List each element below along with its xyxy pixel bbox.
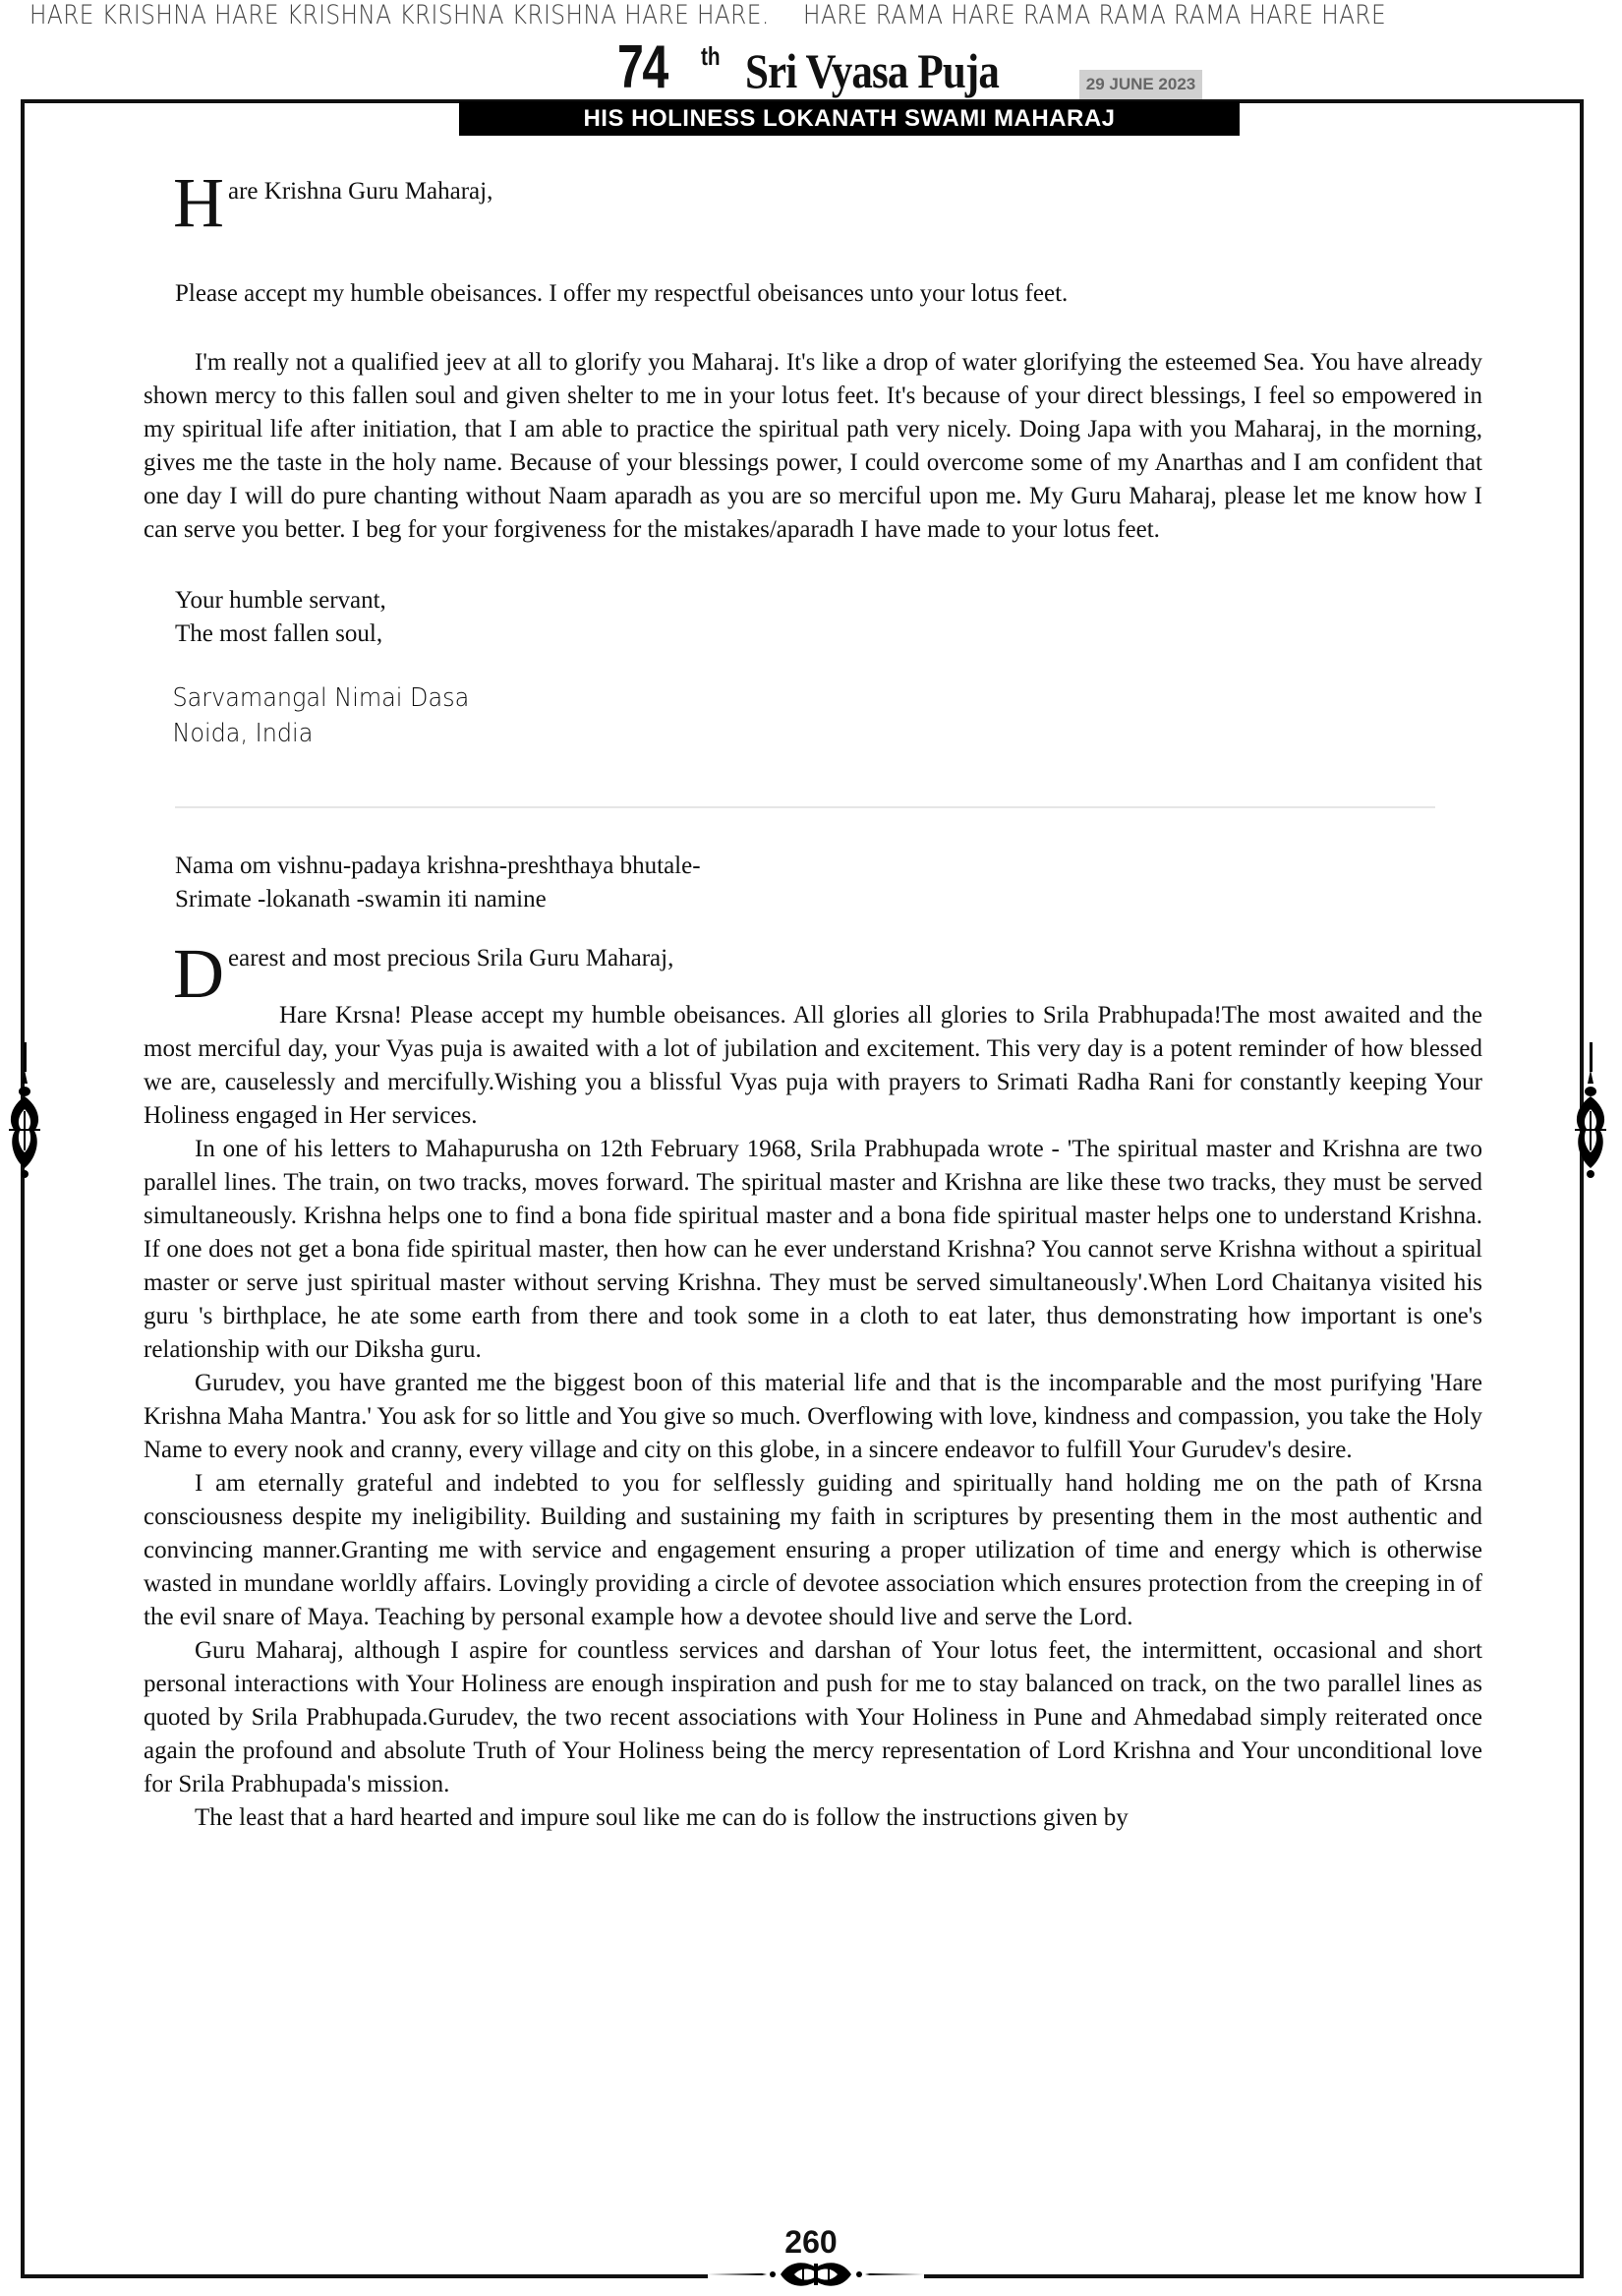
letter2-paragraph: In one of his letters to Mahapurusha on … [144,1133,1482,1367]
title-text: Sri Vyasa Puja [745,43,999,98]
mantra-left: HARE KRISHNA HARE KRISHNA KRISHNA KRISHN… [29,0,770,35]
title-number: 74 [617,37,667,98]
right-ornament-icon [1571,1042,1610,1180]
bottom-ornament-icon [708,2258,924,2291]
page-title: 74 th Sri Vyasa Puja [617,37,681,100]
date-badge: 29 JUNE 2023 [1079,70,1202,99]
dropcap-d: D [173,944,224,1003]
closing-line-2: The most fallen soul, [144,618,1482,651]
letter2-salutation: D earest and most precious Srila Guru Ma… [144,938,1482,1007]
letter1-opening: Please accept my humble obeisances. I of… [144,277,1482,311]
letter2-paragraph: The least that a hard hearted and impure… [144,1801,1482,1835]
letter2-paragraph: Hare Krsna! Please accept my humble obei… [144,999,1482,1133]
title-superscript: th [701,41,721,72]
letter-divider [175,806,1435,808]
letter2-paragraph: Guru Maharaj, although I aspire for coun… [144,1634,1482,1801]
letter-content: H are Krishna Guru Maharaj, Please accep… [144,167,1482,1835]
signature-place: Noida, India [144,716,1375,751]
closing-line-1: Your humble servant, [144,584,1482,618]
page-number: 260 [757,2224,865,2261]
pranam-line-1: Nama om vishnu-padaya krishna-preshthaya… [144,850,1482,883]
dropcap-h: H [173,173,224,232]
left-ornament-icon [5,1042,44,1180]
mantra-right: HARE RAMA HARE RAMA RAMA RAMA HARE HARE [803,0,1386,35]
letter2-paragraph: I am eternally grateful and indebted to … [144,1467,1482,1634]
salutation-text: earest and most precious Srila Guru Maha… [144,938,1482,975]
subtitle-bar: HIS HOLINESS LOKANATH SWAMI MAHARAJ [459,101,1240,136]
salutation-text: are Krishna Guru Maharaj, [144,167,1482,208]
signature-name: Sarvamangal Nimai Dasa [144,680,1375,716]
letter1-salutation: H are Krishna Guru Maharaj, [144,167,1482,238]
mantra-banner: HARE KRISHNA HARE KRISHNA KRISHNA KRISHN… [29,0,1382,35]
letter1-body: I'm really not a qualified jeev at all t… [144,346,1482,547]
letter2-paragraph: Gurudev, you have granted me the biggest… [144,1367,1482,1467]
pranam-line-2: Srimate -lokanath -swamin iti namine [144,883,1482,916]
